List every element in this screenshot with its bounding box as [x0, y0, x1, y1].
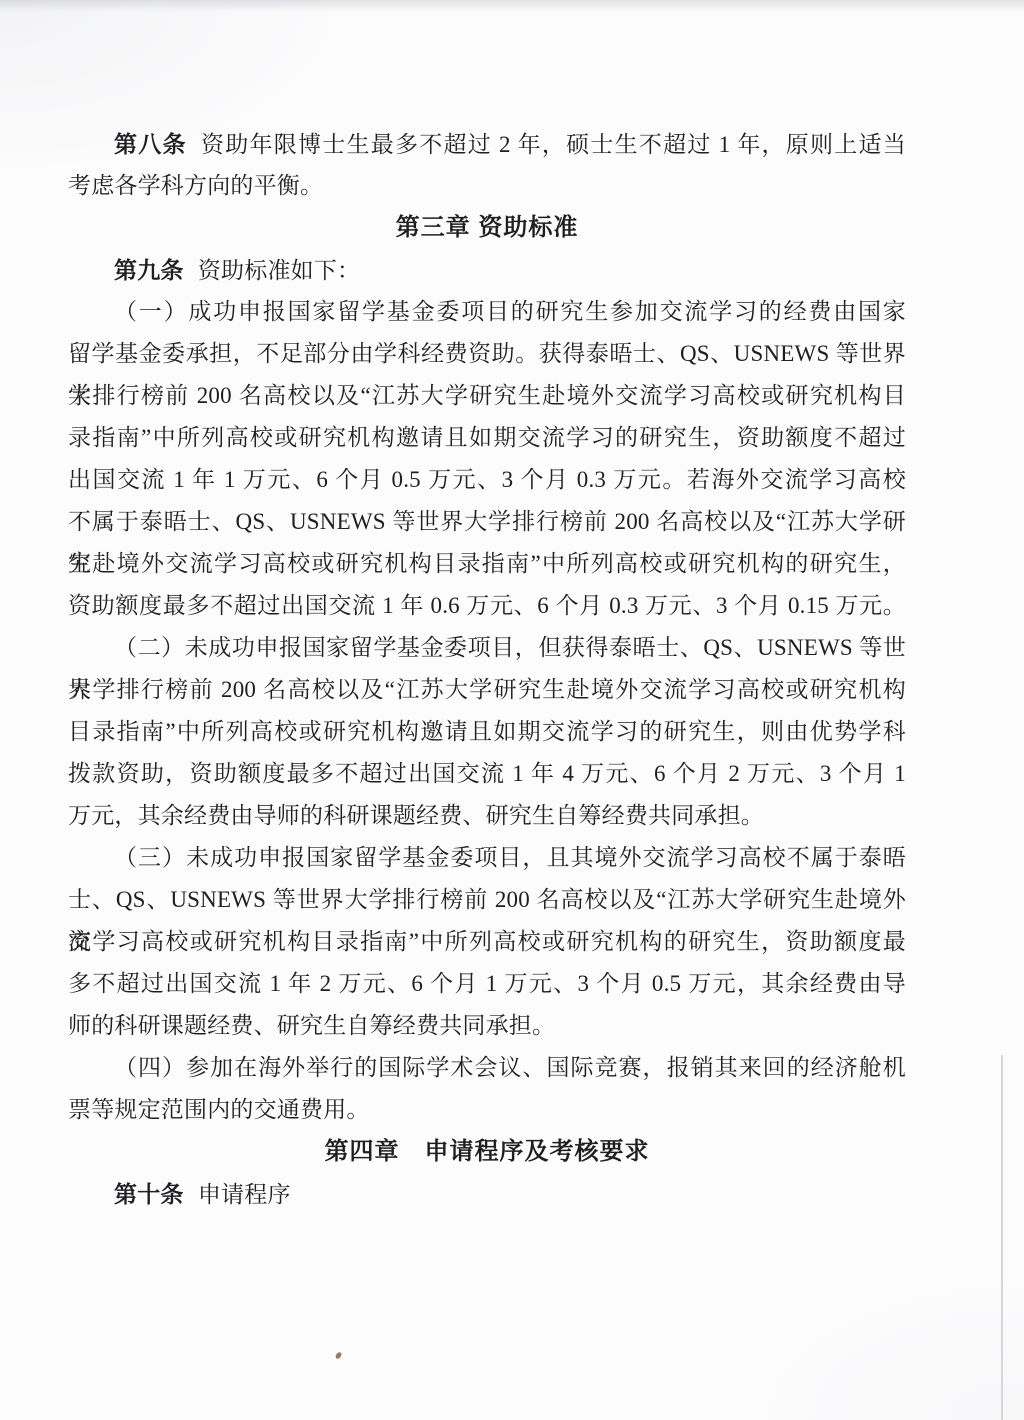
doc-line: 多不超过出国交流 1 年 2 万元、6 个月 1 万元、3 个月 0.5 万元，… [68, 963, 906, 1005]
chapter-3-heading: 第三章 资助标准 [68, 207, 906, 249]
article-text: 资助标准如下： [198, 258, 360, 283]
scan-paper-speck [335, 1351, 342, 1359]
article-10-line: 第十条申请程序 [68, 1173, 906, 1215]
doc-line: 士、QS、USNEWS 等世界大学排行榜前 200 名高校以及“江苏大学研究生赴… [68, 879, 906, 921]
doc-line: （四）参加在海外举行的国际学术会议、国际竞赛，报销其来回的经济舱机 [68, 1047, 906, 1089]
doc-line: 学排行榜前 200 名高校以及“江苏大学研究生赴境外交流学习高校或研究机构目 [68, 375, 906, 417]
doc-line: 生赴境外交流学习高校或研究机构目录指南”中所列高校或研究机构的研究生， [68, 543, 906, 585]
doc-line: 留学基金委承担，不足部分由学科经费资助。获得泰晤士、QS、USNEWS 等世界大 [68, 333, 906, 375]
article-9-line: 第九条资助标准如下： [68, 249, 906, 291]
article-text: 申请程序 [198, 1182, 291, 1207]
article-number: 第九条 [114, 257, 184, 283]
scanned-page: 第八条资助年限博士生最多不超过 2 年，硕士生不超过 1 年，原则上适当 考虑各… [0, 0, 1024, 1420]
doc-line: 不属于泰晤士、QS、USNEWS 等世界大学排行榜前 200 名高校以及“江苏大… [68, 501, 906, 543]
doc-line: （三）未成功申报国家留学基金委项目，且其境外交流学习高校不属于泰晤 [68, 837, 906, 879]
doc-line: 师的科研课题经费、研究生自筹经费共同承担。 [68, 1005, 906, 1047]
chapter-4-heading: 第四章 申请程序及考核要求 [68, 1131, 906, 1173]
doc-line: 资助额度最多不超过出国交流 1 年 0.6 万元、6 个月 0.3 万元、3 个… [68, 585, 906, 627]
doc-line: 大学排行榜前 200 名高校以及“江苏大学研究生赴境外交流学习高校或研究机构 [68, 669, 906, 711]
doc-line: 拨款资助，资助额度最多不超过出国交流 1 年 4 万元、6 个月 2 万元、3 … [68, 753, 906, 795]
doc-line: 目录指南”中所列高校或研究机构邀请且如期交流学习的研究生，则由优势学科 [68, 711, 906, 753]
doc-line: （二）未成功申报国家留学基金委项目，但获得泰晤士、QS、USNEWS 等世界 [68, 627, 906, 669]
doc-line: （一）成功申报国家留学基金委项目的研究生参加交流学习的经费由国家 [68, 291, 906, 333]
doc-line: 考虑各学科方向的平衡。 [68, 165, 906, 207]
doc-line: 万元，其余经费由导师的科研课题经费、研究生自筹经费共同承担。 [68, 795, 906, 837]
scan-right-edge-line [1001, 1055, 1003, 1420]
article-number: 第八条 [114, 131, 187, 157]
document-body: 第八条资助年限博士生最多不超过 2 年，硕士生不超过 1 年，原则上适当 考虑各… [68, 123, 906, 1215]
article-text: 资助年限博士生最多不超过 2 年，硕士生不超过 1 年，原则上适当 [201, 132, 906, 157]
doc-line: 出国交流 1 年 1 万元、6 个月 0.5 万元、3 个月 0.3 万元。若海… [68, 459, 906, 501]
doc-line: 录指南”中所列高校或研究机构邀请且如期交流学习的研究生，资助额度不超过 [68, 417, 906, 459]
article-number: 第十条 [114, 1181, 184, 1207]
doc-line: 流学习高校或研究机构目录指南”中所列高校或研究机构的研究生，资助额度最 [68, 921, 906, 963]
doc-line: 票等规定范围内的交通费用。 [68, 1089, 906, 1131]
scan-top-edge-shadow [0, 0, 1024, 12]
article-8-line: 第八条资助年限博士生最多不超过 2 年，硕士生不超过 1 年，原则上适当 [68, 123, 906, 165]
